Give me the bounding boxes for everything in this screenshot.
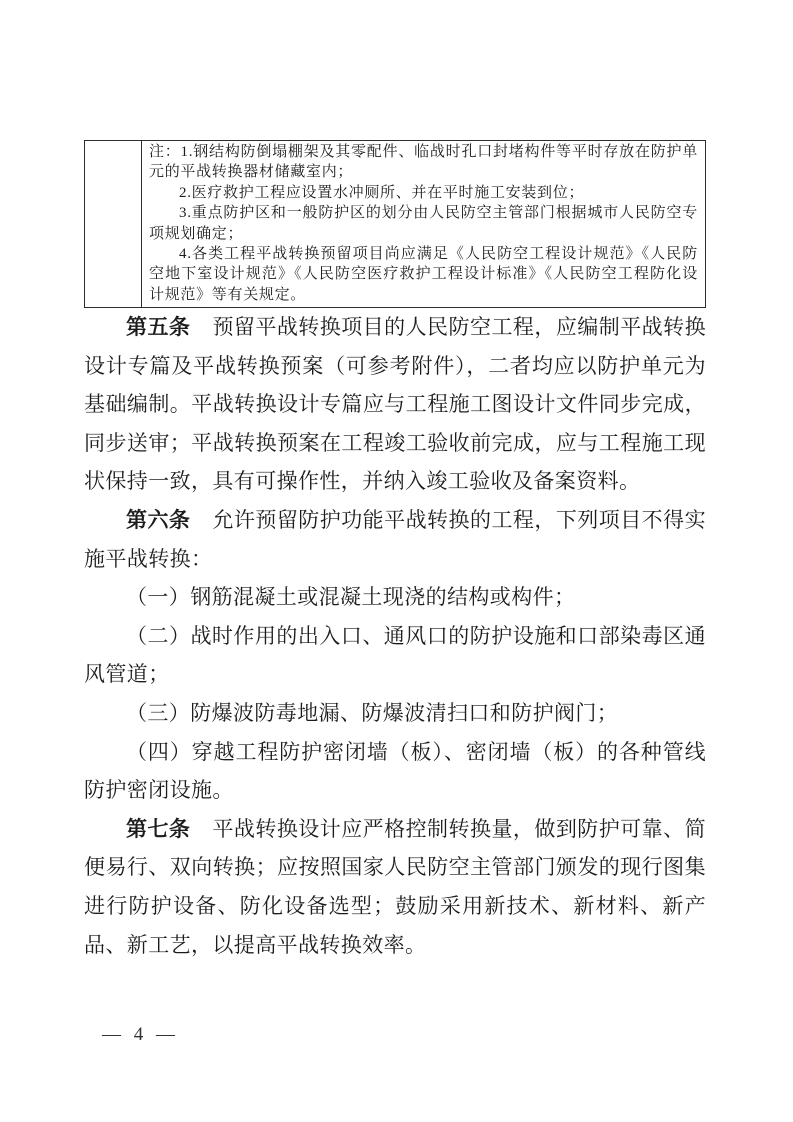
document-body: 第五条预留平战转换项目的人民防空工程，应编制平战转换设计专篇及平战转换预案（可参… (84, 308, 706, 964)
article-6-item-3: （三）防爆波防毒地漏、防爆波清扫口和防护阀门； (84, 694, 706, 733)
article-6-number: 第六条 (126, 508, 190, 532)
article-6-paragraph: 第六条允许预留防护功能平战转换的工程，下列项目不得实施平战转换： (84, 501, 706, 578)
article-7-number: 第七条 (126, 817, 190, 841)
note-table-row: 注：1.钢结构防倒塌棚架及其零配件、临战时孔口封堵构件等平时存放在防护单元的平战… (85, 141, 706, 308)
note-table-content-cell: 注：1.钢结构防倒塌棚架及其零配件、临战时孔口封堵构件等平时存放在防护单元的平战… (142, 141, 706, 308)
note-item-2: 2.医疗救护工程应设置水冲厕所、并在平时施工安装到位； (149, 183, 698, 203)
note-item-1: 注：1.钢结构防倒塌棚架及其零配件、临战时孔口封堵构件等平时存放在防护单元的平战… (149, 142, 698, 183)
article-6-item-4: （四）穿越工程防护密闭墙（板）、密闭墙（板）的各种管线防护密闭设施。 (84, 733, 706, 810)
page-number: — 4 — (102, 1024, 179, 1046)
article-6-item-1: （一）钢筋混凝土或混凝土现浇的结构或构件； (84, 578, 706, 617)
note-item-4: 4.各类工程平战转换预留项目尚应满足《人民防空工程设计规范》《人民防空地下室设计… (149, 244, 698, 305)
article-5-paragraph: 第五条预留平战转换项目的人民防空工程，应编制平战转换设计专篇及平战转换预案（可参… (84, 308, 706, 501)
article-5-number: 第五条 (126, 315, 190, 339)
article-6-item-2: （二）战时作用的出入口、通风口的防护设施和口部染毒区通风管道； (84, 617, 706, 694)
article-5-text: 预留平战转换项目的人民防空工程，应编制平战转换设计专篇及平战转换预案（可参考附件… (84, 315, 706, 493)
note-table-empty-cell (85, 141, 142, 308)
article-7-paragraph: 第七条平战转换设计应严格控制转换量，做到防护可靠、简便易行、双向转换；应按照国家… (84, 810, 706, 964)
note-item-3: 3.重点防护区和一般防护区的划分由人民防空主管部门根据城市人民防空专项规划确定； (149, 203, 698, 244)
note-table: 注：1.钢结构防倒塌棚架及其零配件、临战时孔口封堵构件等平时存放在防护单元的平战… (84, 140, 706, 308)
document-page: 注：1.钢结构防倒塌棚架及其零配件、临战时孔口封堵构件等平时存放在防护单元的平战… (0, 0, 793, 1122)
